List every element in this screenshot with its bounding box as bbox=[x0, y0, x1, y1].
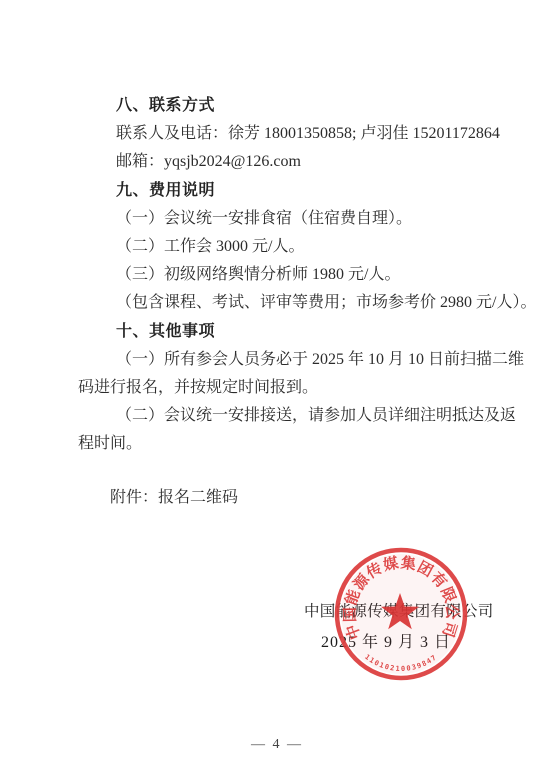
contact-email-line: 邮箱：yqsjb2024@126.com bbox=[78, 148, 536, 176]
section-heading-contact: 八、联系方式 bbox=[78, 92, 536, 120]
other-item-2-line-1: （二）会议统一安排接送，请参加人员详细注明抵达及返 bbox=[78, 402, 536, 430]
other-item-1-line-2: 码进行报名，并按规定时间报到。 bbox=[78, 374, 536, 402]
section-heading-other: 十、其他事项 bbox=[78, 318, 536, 346]
fee-item-1: （一）会议统一安排食宿（住宿费自理）。 bbox=[78, 205, 536, 233]
page-number: — 4 — bbox=[0, 737, 554, 753]
contact-phone-line: 联系人及电话：徐芳 18001350858; 卢羽佳 15201172864 bbox=[78, 120, 536, 148]
document-body: 八、联系方式 联系人及电话：徐芳 18001350858; 卢羽佳 152011… bbox=[78, 92, 536, 458]
attachment-line: 附件：报名二维码 bbox=[78, 484, 238, 512]
other-item-2-line-2: 程时间。 bbox=[78, 430, 536, 458]
fee-item-3: （三）初级网络舆情分析师 1980 元/人。 bbox=[78, 261, 536, 289]
document-page: 八、联系方式 联系人及电话：徐芳 18001350858; 卢羽佳 152011… bbox=[0, 0, 554, 784]
company-seal: 中国能源传媒集团有限公司 11010210039847 bbox=[325, 540, 480, 690]
fee-item-2: （二）工作会 3000 元/人。 bbox=[78, 233, 536, 261]
other-item-1-line-1: （一）所有参会人员务必于 2025 年 10 月 10 日前扫描二维 bbox=[78, 346, 536, 374]
fee-note: （包含课程、考试、评审等费用；市场参考价 2980 元/人）。 bbox=[78, 289, 536, 317]
section-heading-fees: 九、费用说明 bbox=[78, 177, 536, 205]
